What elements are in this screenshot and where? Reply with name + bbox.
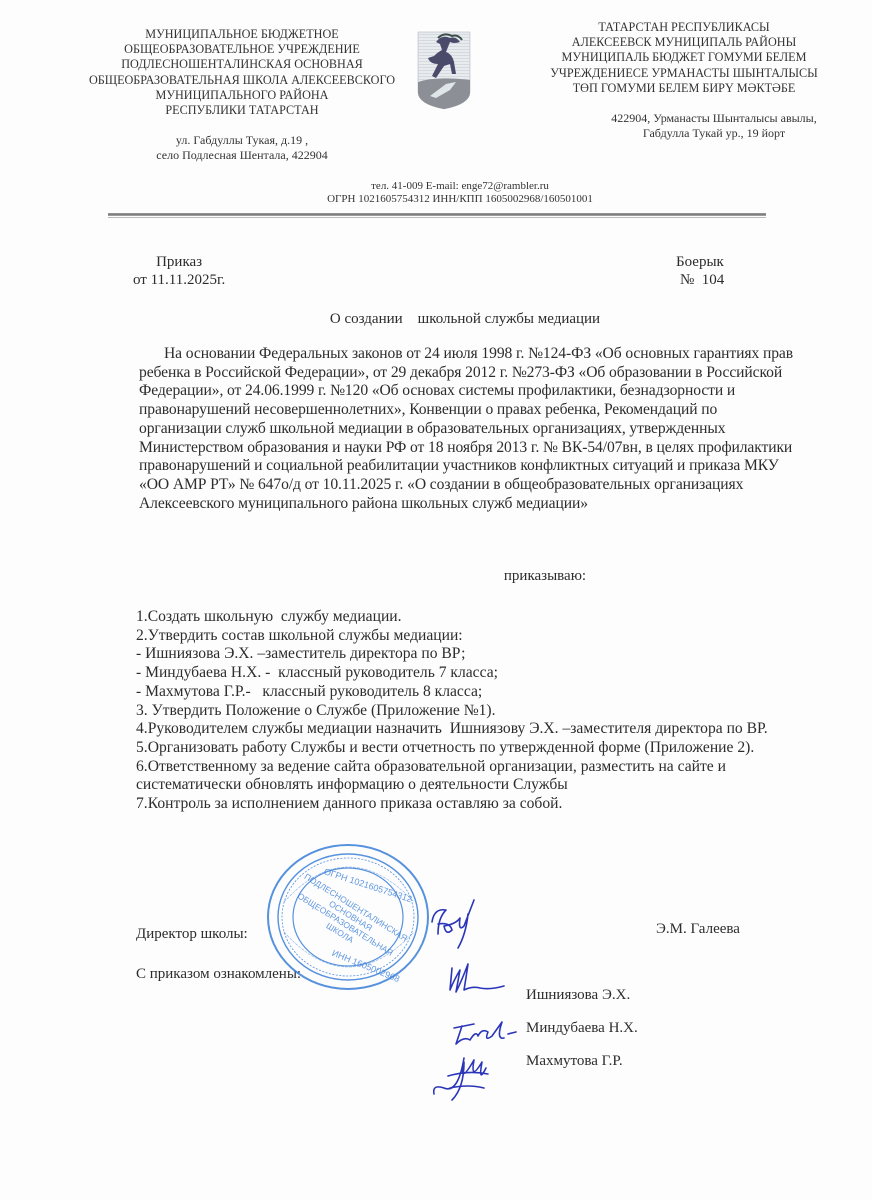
acquainted-list: Ишниязова Э.Х. Миндубаева Н.Х. Махмутова…	[526, 979, 638, 1078]
org-line: УЧРЕЖДЕНИЕСЕ УРМАНАСТЫ ШЫНТАЛЫСЫ	[548, 66, 820, 81]
org-line: МУНИЦИПАЛЬНОЕ БЮДЖЕТНОЕ	[84, 27, 400, 42]
directive-word: приказываю:	[0, 568, 872, 585]
list-item: - Миндубаева Н.Х. - классный руководител…	[136, 664, 800, 683]
signature-mindubaeva-icon	[448, 1016, 528, 1052]
list-item: - Ишниязова Э.Х. –заместитель директора …	[136, 645, 800, 664]
address-line: ул. Габдуллы Тукая, д.19 ,	[84, 133, 400, 148]
org-line: ОБЩЕОБРАЗОВАТЕЛЬНАЯ ШКОЛА АЛЕКСЕЕВСКОГО	[84, 73, 400, 88]
registration-numbers: ОГРН 1021605754312 ИНН/КПП 1605002968/16…	[300, 193, 620, 206]
list-item: 4.Руководителем службы медиации назначит…	[136, 720, 800, 739]
address-line: село Подлесная Шентала, 422904	[84, 148, 400, 163]
header-left-org: МУНИЦИПАЛЬНОЕ БЮДЖЕТНОЕ ОБЩЕОБРАЗОВАТЕЛЬ…	[84, 27, 400, 163]
org-line: МУНИЦИПАЛЬНОГО РАЙОНА	[84, 88, 400, 103]
address-line: 422904, Урманасты Шынталысы авылы,	[608, 111, 820, 126]
org-line: МУНИЦИПАЛЬ БЮДЖЕТ ГОМУМИ БЕЛЕМ	[548, 50, 820, 65]
header-divider-thin	[108, 217, 766, 218]
order-items-list: 1.Создать школьную службу медиации. 2.Ут…	[136, 608, 800, 814]
order-number: № 104	[676, 271, 724, 289]
director-label: Директор школы:	[136, 926, 248, 943]
org-line: ТАТАРСТАН РЕСПУБЛИКАСЫ	[548, 20, 820, 35]
signature-ishniyazova-icon	[440, 960, 520, 1000]
director-name: Э.М. Галеева	[656, 921, 740, 938]
order-date: от 11.11.2025г.	[133, 271, 225, 289]
org-address: ул. Габдуллы Тукая, д.19 , село Подлесна…	[84, 133, 400, 163]
official-stamp-icon: ОГРН 1021605754312 ПОДЛЕСНОШЕНТАЛИНСКАЯ …	[264, 842, 432, 992]
org-line: АЛЕКСЕЕВСК МУНИЦИПАЛЬ РАЙОНЫ	[548, 35, 820, 50]
acquainted-name: Махмутова Г.Р.	[526, 1045, 638, 1078]
list-item: 3. Утвердить Положение о Службе (Приложе…	[136, 702, 800, 721]
coat-of-arms-icon	[416, 30, 472, 110]
org-line: ПОДЛЕСНОШЕНТАЛИНСКАЯ ОСНОВНАЯ	[84, 57, 400, 72]
list-item: 2.Утвердить состав школьной службы медиа…	[136, 627, 800, 646]
address-line: Габдулла Тукай ур., 19 йорт	[608, 126, 820, 141]
header-divider	[108, 213, 766, 216]
order-label: Приказ	[133, 253, 225, 271]
list-item: 1.Создать школьную службу медиации.	[136, 608, 800, 627]
list-item: 5.Организовать работу Службы и вести отч…	[136, 739, 800, 758]
org-address: 422904, Урманасты Шынталысы авылы, Габду…	[548, 111, 820, 141]
header-right-org: ТАТАРСТАН РЕСПУБЛИКАСЫ АЛЕКСЕЕВСК МУНИЦИ…	[548, 20, 820, 141]
order-label-block: Приказ от 11.11.2025г.	[133, 253, 225, 289]
org-line: ОБЩЕОБРАЗОВАТЕЛЬНОЕ УЧРЕЖДЕНИЕ	[84, 42, 400, 57]
org-line: РЕСПУБЛИКИ ТАТАРСТАН	[84, 103, 400, 118]
order-title: О создании школьной службы медиации	[0, 311, 872, 328]
order-number-block: Боерык № 104	[676, 253, 724, 289]
order-label-tatar: Боерык	[676, 253, 724, 271]
org-line: ТӨП ГОМУМИ БЕЛЕМ БИРҮ МӘКТӘБЕ	[548, 81, 820, 96]
preamble-paragraph: На основании Федеральных законов от 24 и…	[139, 345, 799, 513]
acquainted-name: Ишниязова Э.Х.	[526, 979, 638, 1012]
signature-makhmutova-icon	[428, 1048, 498, 1108]
list-item: - Махмутова Г.Р.- классный руководитель …	[136, 683, 800, 702]
list-item: 6.Ответственному за ведение сайта образо…	[136, 758, 800, 795]
list-item: 7.Контроль за исполнением данного приказ…	[136, 795, 800, 814]
contact-block: тел. 41-009 E-mail: enge72@rambler.ru ОГ…	[300, 180, 620, 206]
director-signature-icon	[424, 894, 484, 954]
acquainted-name: Миндубаева Н.Х.	[526, 1012, 638, 1045]
phone-email: тел. 41-009 E-mail: enge72@rambler.ru	[300, 180, 620, 193]
